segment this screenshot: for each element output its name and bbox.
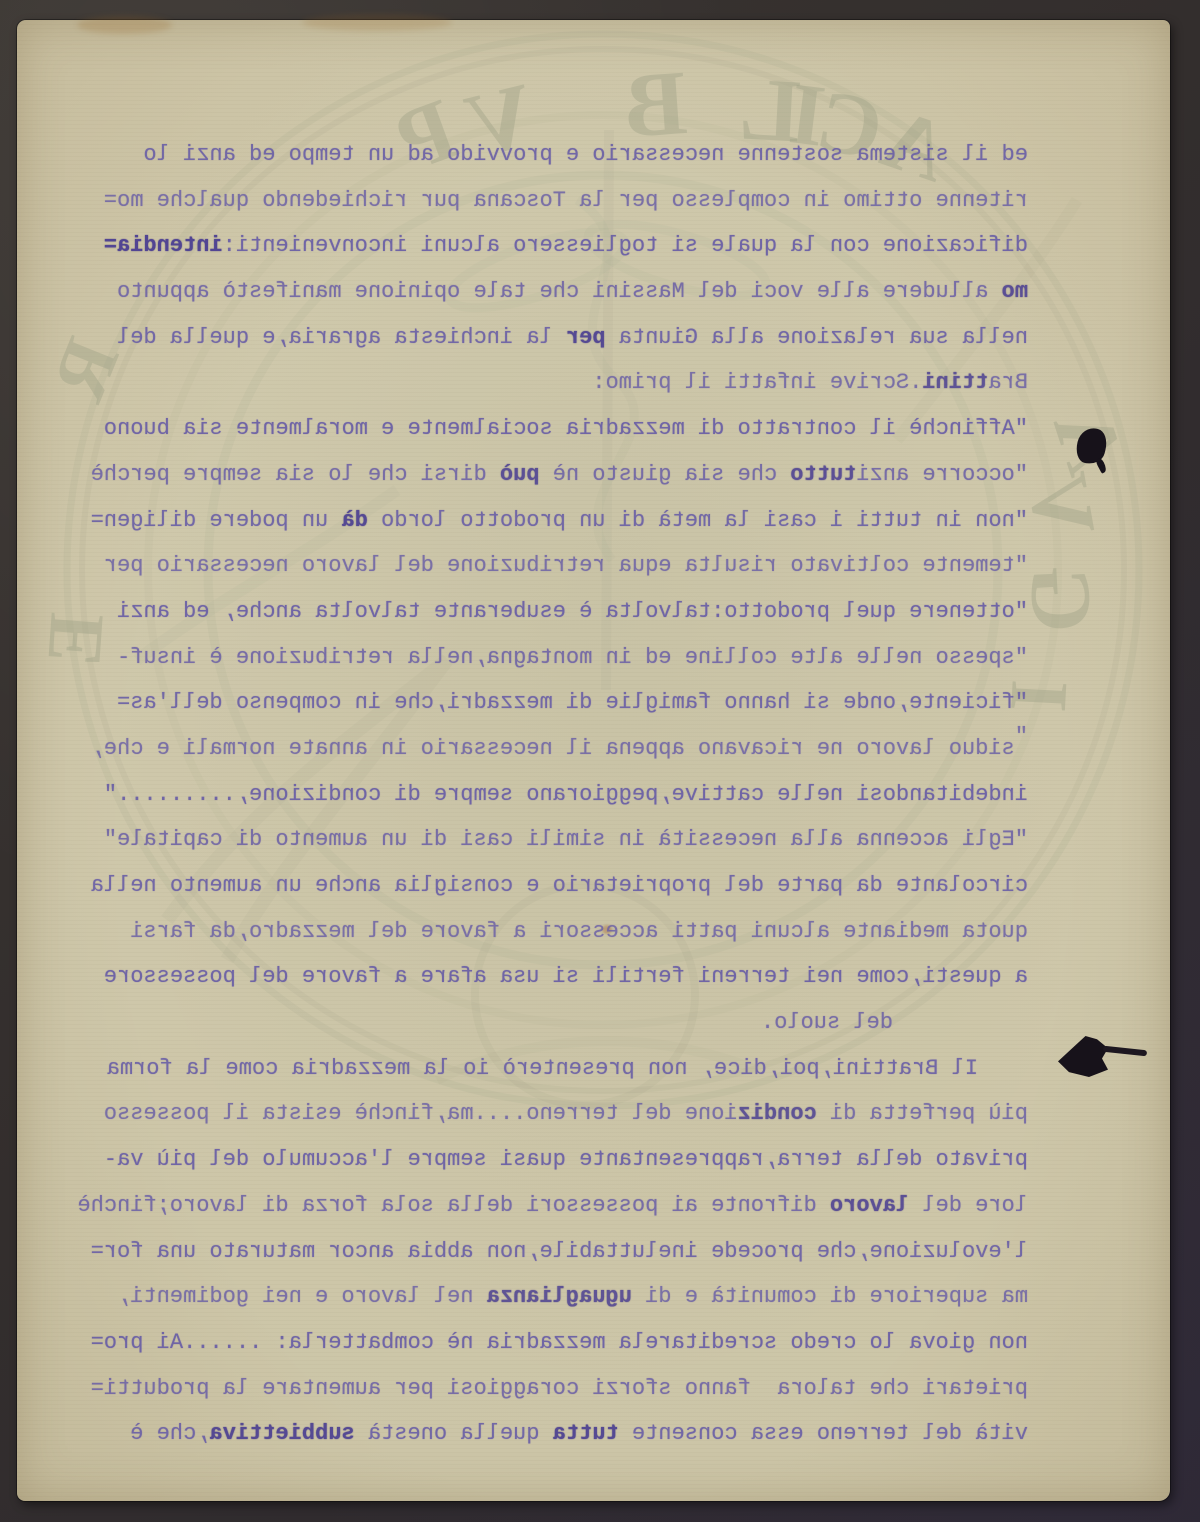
typewritten-line: "siduo lavoro ne ricavano appena il nece… — [78, 726, 1028, 772]
typewritten-line: privato della terra,rappresentante quasi… — [78, 1137, 1028, 1183]
typewritten-line: "temente coltivato risulta equa retribuz… — [78, 543, 1028, 589]
typewritten-line: indebitandosi nelle cattive,peggiorano s… — [78, 772, 1028, 818]
typewritten-line: "ottenere quel prodotto:talvolta è esube… — [78, 589, 1028, 635]
typewritten-line: nella sua relazione alla Giunta per la i… — [78, 315, 1028, 361]
typewritten-line: Il Brattini,poi,dice, non presenterò io … — [78, 1046, 1028, 1092]
typewritten-line: "ficiente,onde si hanno famiglie di mezz… — [78, 680, 1028, 726]
ink-blot-lower-tail — [1103, 1046, 1147, 1057]
typewritten-line: prietari che talora fanno sforzi coraggi… — [78, 1366, 1028, 1412]
typewritten-line: mo alludere alle voci del Massini che ta… — [78, 269, 1028, 315]
typewritten-line: circolante da parte del proprietario e c… — [78, 863, 1028, 909]
typewritten-line: a questi,come nei terreni fertili si usa… — [78, 954, 1028, 1000]
typewritten-line: "Egli accenna alla necessità in simili c… — [78, 817, 1028, 863]
typewritten-line: quota mediante alcuni patti accessori a … — [78, 909, 1028, 955]
typewritten-line: vità del terreno essa consente tutta que… — [78, 1411, 1028, 1457]
rust-stain — [77, 16, 172, 34]
seal-letter: V — [1014, 467, 1109, 543]
typewritten-line: dificazione con la quale si togliessero … — [78, 223, 1028, 269]
scanned-document-photo: PVBLICAAVGIRE ed il sistema sostenne nec… — [0, 0, 1200, 1522]
ink-blot-upper-tail — [1095, 457, 1108, 474]
typewritten-line: "non in tutti i casi la metà di un prodo… — [78, 498, 1028, 544]
typewritten-line: ma superiore di comunità e di uguaglianz… — [78, 1274, 1028, 1320]
typewritten-line: del suolo. — [78, 1000, 1028, 1046]
paper-sheet: PVBLICAAVGIRE ed il sistema sostenne nec… — [17, 20, 1170, 1501]
mirrored-typewritten-text: ed il sistema sostenne necessario e prov… — [78, 132, 1028, 1457]
typewritten-line: non giova lo credo screditarela mezzadri… — [78, 1320, 1028, 1366]
typewritten-line: ritenne ottimo in complesso per la Tosca… — [78, 178, 1028, 224]
typewritten-line: "spesso nelle alte colline ed in montagn… — [78, 635, 1028, 681]
typewritten-line: ed il sistema sostenne necessario e prov… — [78, 132, 1028, 178]
rust-stain — [302, 14, 452, 31]
ink-blot-lower — [1058, 1036, 1108, 1077]
typewritten-line: più perfetta di condizione del terreno..… — [78, 1091, 1028, 1137]
seal-letter: G — [1017, 563, 1106, 634]
typewritten-line: "Affinchè il contratto di mezzadria soci… — [78, 406, 1028, 452]
typewritten-line: l'evoluzione,che procede ineluttabile,no… — [78, 1229, 1028, 1275]
typewritten-line: "occorre anzitutto che sia giusto nè può… — [78, 452, 1028, 498]
typewritten-line: lore del lavoro difronte ai possessori d… — [78, 1183, 1028, 1229]
typewritten-line: Brattini.Scrive infatti il primo: — [78, 360, 1028, 406]
ink-blot-upper — [1073, 425, 1110, 467]
